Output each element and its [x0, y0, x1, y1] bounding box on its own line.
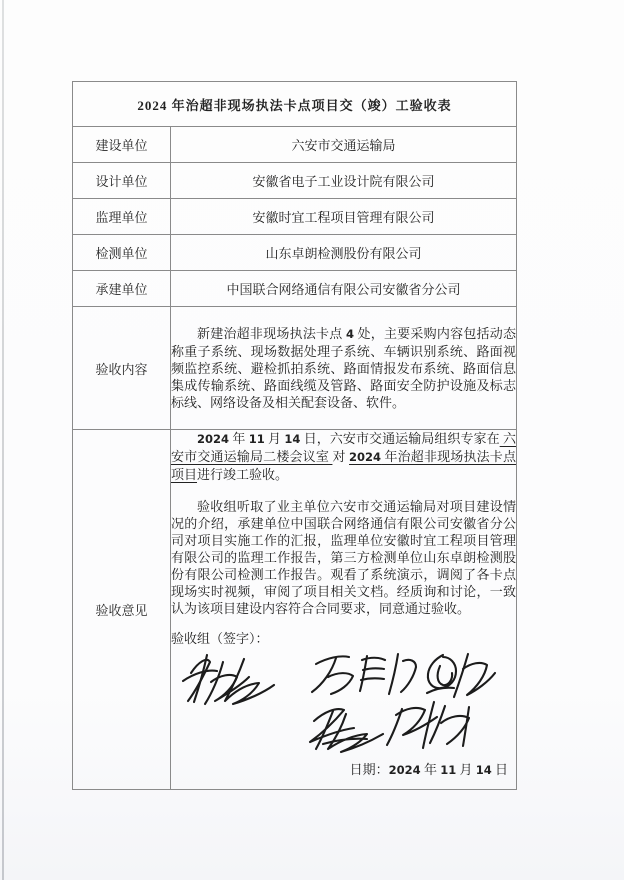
handwritten-signatures	[177, 649, 499, 759]
contractor-unit-value: 中国联合网络通信有限公司安徽省分公司	[171, 271, 517, 307]
table-row-testing-unit: 检测单位 山东卓朗检测股份有限公司	[73, 235, 517, 271]
plain-text: 2024 年 11 月 14 日，六安市交通运输局组织专家在	[197, 431, 500, 446]
acceptance-opinion-cell: 2024 年 11 月 14 日，六安市交通运输局组织专家在 六安市交通运输局二…	[171, 430, 517, 790]
acceptance-content-text: 新建治超非现场执法卡点 4 处，主要采购内容包括动态称重子系统、现场数据处理子系…	[171, 325, 516, 411]
opinion-paragraph-2: 验收组听取了业主单位六安市交通运输局对项目建设情况的介绍，承建单位中国联合网络通…	[171, 498, 516, 617]
signature-3	[427, 654, 495, 697]
date-line: 日期：2024 年 11 月 14 日	[171, 761, 516, 779]
testing-unit-value: 山东卓朗检测股份有限公司	[171, 235, 517, 271]
title-row: 2024 年治超非现场执法卡点项目交（竣）工验收表	[73, 82, 517, 127]
supervision-unit-label: 监理单位	[73, 199, 171, 235]
contractor-unit-label: 承建单位	[73, 271, 171, 307]
acceptance-form-table: 2024 年治超非现场执法卡点项目交（竣）工验收表 建设单位 六安市交通运输局 …	[72, 81, 517, 790]
table-row-contractor-unit: 承建单位 中国联合网络通信有限公司安徽省分公司	[73, 271, 517, 307]
scanned-page: 2024 年治超非现场执法卡点项目交（竣）工验收表 建设单位 六安市交通运输局 …	[0, 0, 624, 880]
signature-4	[310, 709, 383, 752]
supervision-unit-value: 安徽时宜工程项目管理有限公司	[171, 199, 517, 235]
table-row-design-unit: 设计单位 安徽省电子工业设计院有限公司	[73, 163, 517, 199]
table-row-construction-unit: 建设单位 六安市交通运输局	[73, 127, 517, 163]
testing-unit-label: 检测单位	[73, 235, 171, 271]
acceptance-content-cell: 新建治超非现场执法卡点 4 处，主要采购内容包括动态称重子系统、现场数据处理子系…	[171, 307, 517, 430]
acceptance-opinion-label: 验收意见	[73, 430, 171, 790]
construction-unit-label: 建设单位	[73, 127, 171, 163]
signature-group-label: 验收组（签字）：	[171, 630, 516, 647]
scan-edge-shadow	[2, 0, 4, 880]
signature-2	[312, 654, 416, 694]
plain-text: 对	[332, 449, 349, 464]
signature-5	[387, 702, 469, 748]
table-row-acceptance-content: 验收内容 新建治超非现场执法卡点 4 处，主要采购内容包括动态称重子系统、现场数…	[73, 307, 517, 430]
signature-1	[183, 655, 274, 704]
opinion-paragraph-1: 2024 年 11 月 14 日，六安市交通运输局组织专家在 六安市交通运输局二…	[171, 430, 516, 483]
acceptance-content-label: 验收内容	[73, 307, 171, 430]
form-title: 2024 年治超非现场执法卡点项目交（竣）工验收表	[73, 82, 517, 127]
design-unit-label: 设计单位	[73, 163, 171, 199]
table-row-acceptance-opinion: 验收意见 2024 年 11 月 14 日，六安市交通运输局组织专家在 六安市交…	[73, 430, 517, 790]
table-row-supervision-unit: 监理单位 安徽时宜工程项目管理有限公司	[73, 199, 517, 235]
plain-text: 进行竣工验收。	[197, 467, 288, 482]
construction-unit-value: 六安市交通运输局	[171, 127, 517, 163]
design-unit-value: 安徽省电子工业设计院有限公司	[171, 163, 517, 199]
